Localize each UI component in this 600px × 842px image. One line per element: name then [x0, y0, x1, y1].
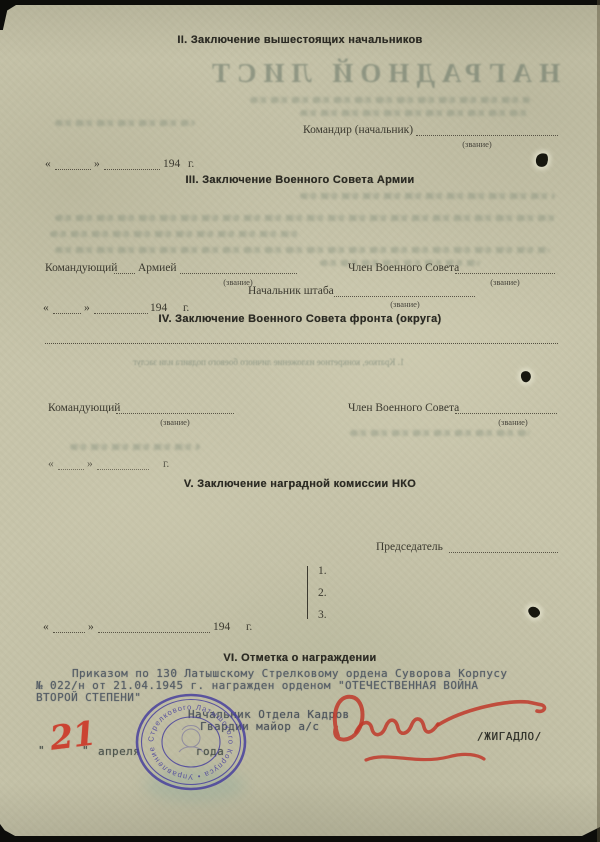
commanding-label: Командующий: [45, 262, 117, 274]
separator-line: [45, 343, 558, 344]
date-day-line: [53, 620, 85, 633]
bleedthrough-smudge: [50, 231, 300, 237]
punch-hole: [526, 604, 542, 619]
council-member-fill-line: [455, 261, 555, 274]
chief-of-staff-label: Начальник штаба: [248, 285, 334, 297]
day-quote-open: ": [38, 744, 45, 757]
commander-fill-line: [416, 123, 558, 136]
section3-heading: III. Заключение Военного Совета Армии: [0, 174, 600, 186]
handwritten-day: 21: [48, 713, 98, 757]
bleedthrough-smudge: [250, 97, 530, 103]
council-member-label: Член Военного Совета: [348, 402, 459, 414]
award-sheet-page-scan: НАГРАДНОЙ ЛИСТ II. Заключение вышестоящи…: [0, 0, 600, 842]
member-number-1: 1.: [318, 565, 327, 577]
rank-hint: (звание): [432, 139, 522, 149]
date-quote-open: «: [43, 621, 49, 633]
day-quote-close: ": [82, 744, 89, 757]
date-year-suffix: г.: [188, 158, 194, 170]
chief-of-staff-fill-line: [334, 284, 475, 297]
bleedthrough-smudge: [350, 430, 530, 436]
date-quote-close: »: [87, 458, 93, 470]
date-quote-close: »: [94, 158, 100, 170]
army-label: Армией: [138, 262, 177, 274]
round-stamp: Стрелкового Латышского Корпуса • Управле…: [132, 690, 250, 794]
date-quote-close: »: [88, 621, 94, 633]
bleedthrough-title: НАГРАДНОЙ ЛИСТ: [205, 58, 560, 89]
punch-hole: [519, 369, 533, 383]
commanding-fill-line: [180, 261, 297, 274]
rank-hint: (звание): [130, 417, 220, 427]
date-day-line: [55, 157, 91, 170]
rank-hint: (звание): [468, 417, 558, 427]
bleedthrough-smudge: [55, 215, 555, 221]
commanding-label: Командующий: [48, 402, 120, 414]
section6-heading: VI. Отметка о награждении: [0, 652, 600, 664]
bleedthrough-smudge: [300, 193, 555, 199]
members-brace-line: [307, 566, 308, 619]
bleedthrough-smudge: [55, 120, 195, 126]
rank-hint: (звание): [360, 299, 450, 309]
section2-heading: II. Заключение вышестоящих начальников: [0, 34, 600, 46]
scan-edge-top: [0, 0, 600, 5]
chairman-label: Председатель: [376, 541, 443, 553]
member-number-2: 2.: [318, 587, 327, 599]
date-month-line: [98, 620, 210, 633]
bleedthrough-smudge: [55, 247, 550, 253]
bleedthrough-smudge: [300, 110, 530, 116]
signature-ink: [322, 680, 557, 772]
scan-corner-bottom-right: [570, 827, 600, 842]
commanding-fill-line: [116, 401, 234, 414]
date-year: 194: [213, 621, 230, 633]
section4-heading: IV. Заключение Военного Совета фронта (о…: [0, 313, 600, 325]
bleedthrough-smudge: [70, 444, 200, 450]
date-quote-open: «: [45, 158, 51, 170]
date-month-line: [104, 157, 160, 170]
member-number-3: 3.: [318, 609, 327, 621]
date-year-suffix: г.: [246, 621, 252, 633]
date-quote-open: «: [48, 458, 54, 470]
commander-label: Командир (начальник): [303, 124, 413, 136]
chairman-fill-line: [449, 540, 558, 553]
scan-edge-bottom: [0, 836, 600, 842]
date-year-suffix: г.: [163, 458, 169, 470]
council-member-fill-line: [455, 401, 557, 414]
bleedthrough-line: 1. Краткое, конкретное изложение личного…: [130, 357, 407, 367]
council-member-label: Член Военного Совета: [348, 262, 459, 274]
punch-hole: [534, 151, 550, 168]
award-order-text-line3: ВТОРОЙ СТЕПЕНИ": [36, 691, 141, 704]
date-month-line: [97, 457, 149, 470]
date-day-line: [58, 457, 84, 470]
section5-heading: V. Заключение наградной комиссии НКО: [0, 478, 600, 490]
date-year: 194: [163, 158, 180, 170]
army-number-line: [114, 261, 135, 274]
